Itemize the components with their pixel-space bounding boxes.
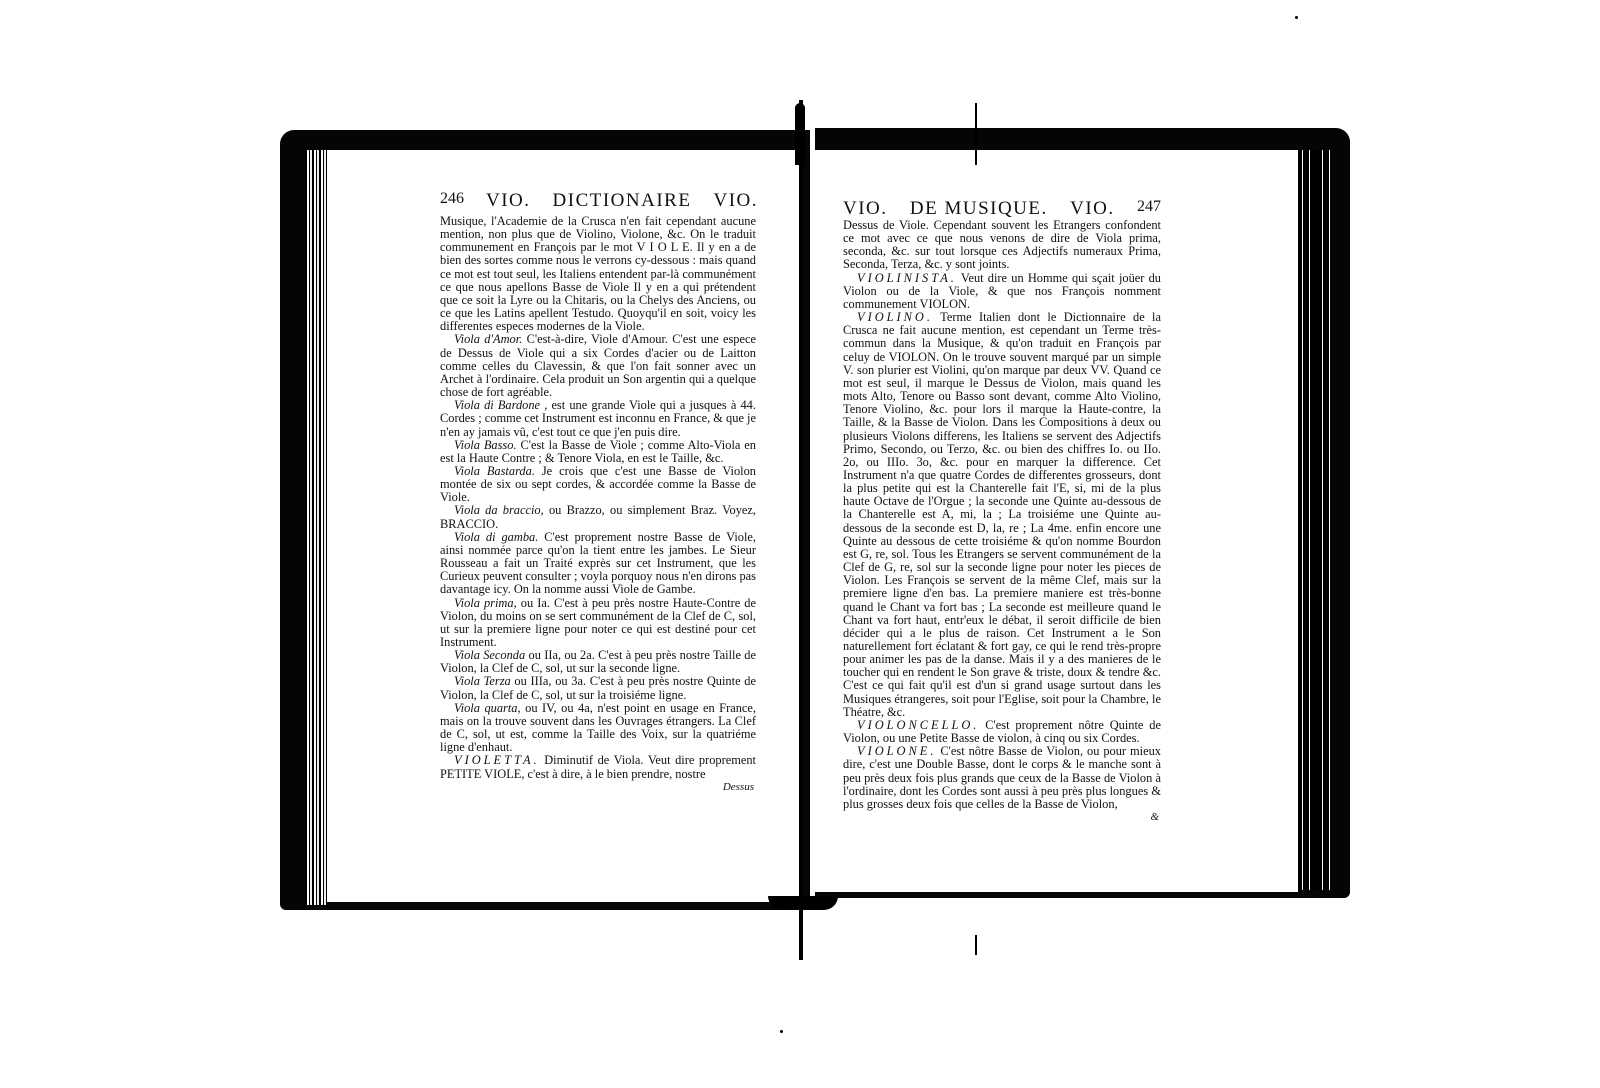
entry-viola-di-bardone: Viola di Bardone , est une grande Viole … [440, 399, 756, 438]
head-left-keyword-2: VIO. [713, 190, 758, 212]
left-page-text: Musique, l'Academie de la Crusca n'en fa… [440, 215, 756, 794]
page-marker-bottom [975, 935, 977, 955]
entry-violetta: VIOLETTA. Diminutif de Viola. Veut dire … [440, 754, 756, 780]
entry-violoncello: VIOLONCELLO. C'est proprement nôtre Quin… [843, 719, 1161, 745]
scan-speck [1295, 16, 1298, 19]
book-gutter [799, 100, 803, 960]
entry-viola-bastarda: Viola Bastarda. Je crois que c'est une B… [440, 465, 756, 504]
page-edges-right [1298, 150, 1330, 890]
entry-violone: VIOLONE. C'est nôtre Basse de Violon, ou… [843, 745, 1161, 811]
entry-violino: VIOLINO. Terme Italien dont le Dictionna… [843, 311, 1161, 719]
right-running-head: VIO. DE MUSIQUE. VIO. 247 [843, 198, 1161, 220]
catchword-right: & [843, 811, 1161, 824]
page-number-right: 247 [1137, 198, 1161, 220]
entry-viola-seconda: Viola Seconda ou IIa, ou 2a. C'est à peu… [440, 649, 756, 675]
catchword-left: Dessus [440, 781, 756, 794]
head-left-keyword: VIO. [486, 190, 531, 212]
entry-viola-da-braccio: Viola da braccio, ou Brazzo, ou simpleme… [440, 504, 756, 530]
entry-continuation: Musique, l'Academie de la Crusca n'en fa… [440, 215, 756, 333]
entry-continuation: Dessus de Viole. Cependant souvent les E… [843, 219, 1161, 272]
entry-violinista: VIOLINISTA. Veut dire un Homme qui sçait… [843, 272, 1161, 311]
entry-viola-prima: Viola prima, ou Ia. C'est à peu près nos… [440, 597, 756, 650]
entry-viola-di-gamba: Viola di gamba. C'est proprement nostre … [440, 531, 756, 597]
entry-viola-quarta: Viola quarta, ou IV, ou 4a, n'est point … [440, 702, 756, 755]
entry-viola-damor: Viola d'Amor. C'est-à-dire, Viole d'Amou… [440, 333, 756, 399]
spine-bottom-mark [768, 896, 838, 910]
page-edges-left [305, 150, 327, 905]
scan-speck [780, 1030, 783, 1033]
left-running-head: 246 VIO. DICTIONAIRE VIO. [440, 190, 758, 212]
page-marker-top [975, 103, 977, 165]
entry-viola-terza: Viola Terza ou IIIa, ou 3a. C'est à peu … [440, 675, 756, 701]
head-right-title: DE MUSIQUE. [910, 198, 1048, 220]
head-right-keyword: VIO. [843, 198, 888, 220]
head-left-title: DICTIONAIRE [553, 190, 692, 212]
entry-viola-basso: Viola Basso. C'est la Basse de Viole ; c… [440, 439, 756, 465]
right-page-text: Dessus de Viole. Cependant souvent les E… [843, 219, 1161, 824]
head-right-keyword-2: VIO. [1070, 198, 1115, 220]
page-number-left: 246 [440, 190, 464, 212]
